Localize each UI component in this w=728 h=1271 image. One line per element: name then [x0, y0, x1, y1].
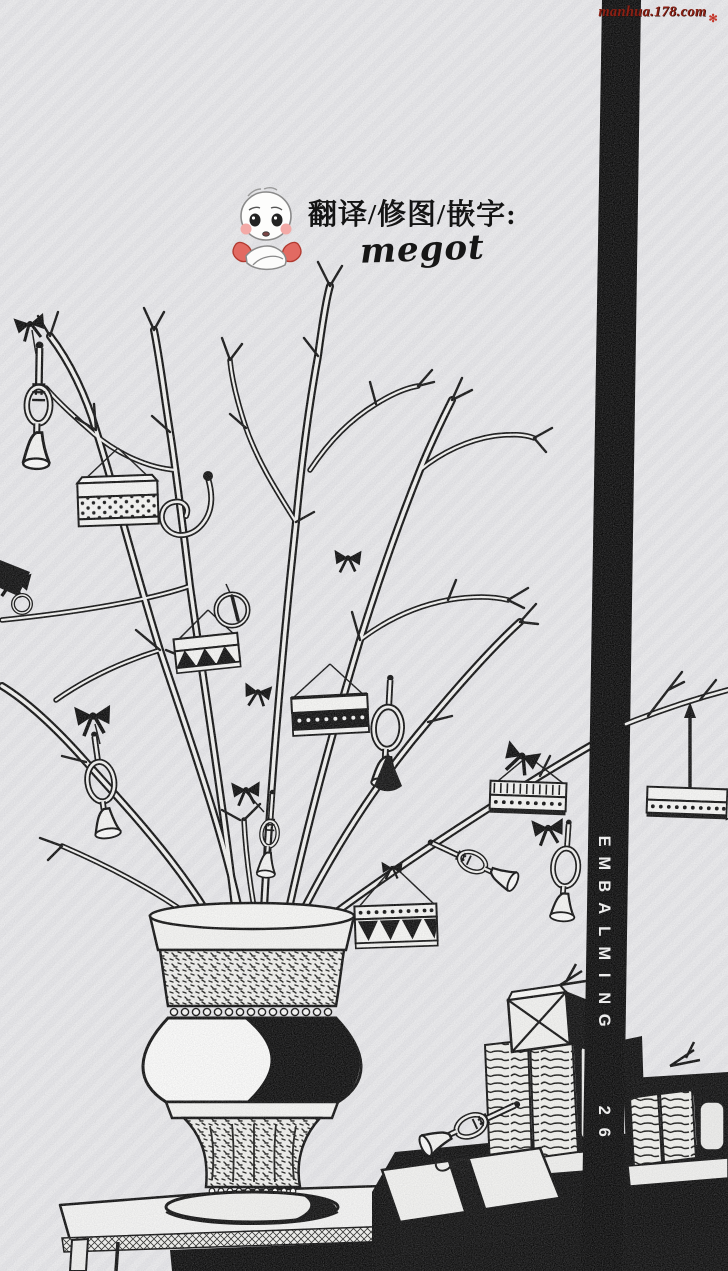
spine-letter: I [593, 965, 615, 987]
spine-letter: M [593, 853, 615, 875]
spine-number: 26 [593, 1099, 615, 1144]
spine-letter: 2 [593, 1099, 615, 1121]
spine-letter: B [593, 875, 615, 897]
watermark-flower-icon: ✻ [708, 13, 718, 25]
spine-letter: L [593, 920, 615, 942]
chibi-mascot-icon [232, 184, 304, 278]
translator-credit: 翻译/修图/嵌字: megot [232, 184, 517, 278]
credit-author: megot [359, 226, 517, 271]
spine-title: EMBALMING [593, 830, 615, 1032]
spine-letter: A [593, 897, 615, 919]
spine-letter: N [593, 987, 615, 1009]
watermark-text: manhua.178.com [598, 4, 706, 20]
spine-letter: G [593, 1009, 615, 1031]
spine-letter: M [593, 942, 615, 964]
watermark: manhua.178.com✻ [598, 4, 716, 21]
spine-letter: 6 [593, 1122, 615, 1144]
manga-page: manhua.178.com✻ 翻译/修图/嵌字: megot EMBALMIN… [0, 0, 728, 1271]
spine-letter: E [593, 830, 615, 852]
